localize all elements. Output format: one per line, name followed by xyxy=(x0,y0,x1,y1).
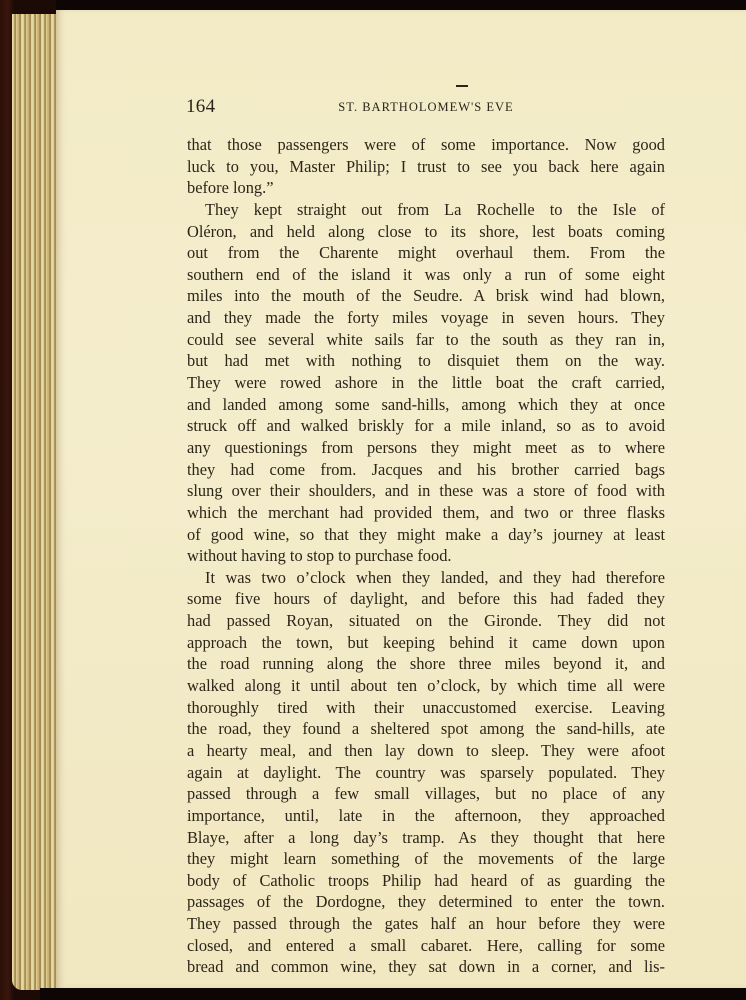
bottom-shadow xyxy=(40,988,746,1000)
text-line: the road, they found a sheltered spot am… xyxy=(187,718,665,740)
text-line: bread and common wine, they sat down in … xyxy=(187,956,665,978)
text-line: approach the town, but keeping behind it… xyxy=(187,632,665,654)
text-line: southern end of the island it was only a… xyxy=(187,264,665,286)
body-text: that those passengers were of some impor… xyxy=(187,134,665,978)
text-line: slung over their shoulders, and in these… xyxy=(187,480,665,502)
text-line: importance, until, late in the afternoon… xyxy=(187,805,665,827)
text-line: and they made the forty miles voyage in … xyxy=(187,307,665,329)
text-line: Oléron, and held along close to its shor… xyxy=(187,221,665,243)
text-line: that those passengers were of some impor… xyxy=(187,134,665,156)
text-line: thoroughly tired with their unaccustomed… xyxy=(187,697,665,719)
text-line: the road running along the shore three m… xyxy=(187,653,665,675)
text-line: They were rowed ashore in the little boa… xyxy=(187,372,665,394)
text-line: struck off and walked briskly for a mile… xyxy=(187,415,665,437)
text-line: they might learn something of the moveme… xyxy=(187,848,665,870)
text-line: some five hours of daylight, and before … xyxy=(187,588,665,610)
text-line: closed, and entered a small cabaret. Her… xyxy=(187,935,665,957)
text-line: without having to stop to purchase food. xyxy=(187,545,665,567)
text-line: body of Catholic troops Philip had heard… xyxy=(187,870,665,892)
page-edges-stack xyxy=(12,14,56,990)
page-header: 164 St. Bartholomew's Eve xyxy=(186,96,666,120)
text-line: before long.” xyxy=(187,177,665,199)
text-line: luck to you, Master Philip; I trust to s… xyxy=(187,156,665,178)
text-line: had passed Royan, situated on the Girond… xyxy=(187,610,665,632)
text-line: walked along it until about ten o’clock,… xyxy=(187,675,665,697)
text-line: They passed through the gates half an ho… xyxy=(187,913,665,935)
text-line: any questionings from persons they might… xyxy=(187,437,665,459)
text-line: It was two o’clock when they landed, and… xyxy=(187,567,665,589)
text-line: again at daylight. The country was spars… xyxy=(187,762,665,784)
text-line: a hearty meal, and then lay down to slee… xyxy=(187,740,665,762)
text-line: passed through a few small villages, but… xyxy=(187,783,665,805)
text-line: could see several white sails far to the… xyxy=(187,329,665,351)
text-line: they had come from. Jacques and his brot… xyxy=(187,459,665,481)
running-title: St. Bartholomew's Eve xyxy=(186,100,666,115)
text-line: They kept straight out from La Rochelle … xyxy=(187,199,665,221)
text-line: of good wine, so that they might make a … xyxy=(187,524,665,546)
text-line: but had met with nothing to disquiet the… xyxy=(187,350,665,372)
text-line: Blaye, after a long day’s tramp. As they… xyxy=(187,827,665,849)
text-line: miles into the mouth of the Seudre. A br… xyxy=(187,285,665,307)
text-line: which the merchant had provided them, an… xyxy=(187,502,665,524)
text-line: passages of the Dordogne, they determine… xyxy=(187,891,665,913)
text-line: out from the Charente might overhaul the… xyxy=(187,242,665,264)
print-mark xyxy=(456,85,468,87)
text-line: and landed among some sand-hills, among … xyxy=(187,394,665,416)
